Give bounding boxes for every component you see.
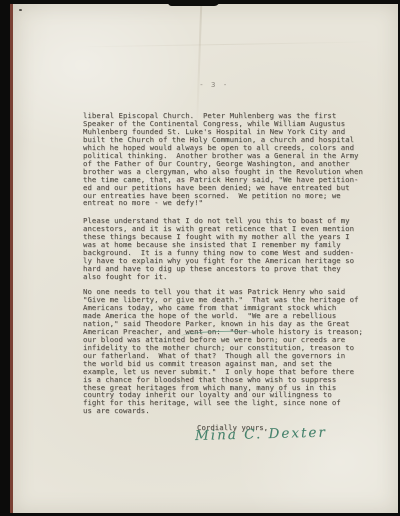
paper-crease-horizontal — [73, 41, 373, 47]
letter-page: - 3 - liberal Episcopal Church. Peter Mu… — [10, 4, 398, 513]
letter-paragraph-2: Please understand that I do not tell you… — [83, 217, 383, 281]
scan-speck — [19, 9, 22, 11]
signature: Mina C. Dexter — [195, 428, 383, 441]
page-number: - 3 - — [191, 80, 237, 89]
scan-edge-notch — [168, 0, 220, 6]
letter-paragraph-1: liberal Episcopal Church. Peter Muhlenbe… — [83, 112, 383, 207]
letter-body: liberal Episcopal Church. Peter Muhlenbe… — [83, 112, 383, 441]
letter-paragraph-3: No one needs to tell you that it was Pat… — [83, 288, 383, 415]
scan-frame: - 3 - liberal Episcopal Church. Peter Mu… — [0, 0, 400, 516]
